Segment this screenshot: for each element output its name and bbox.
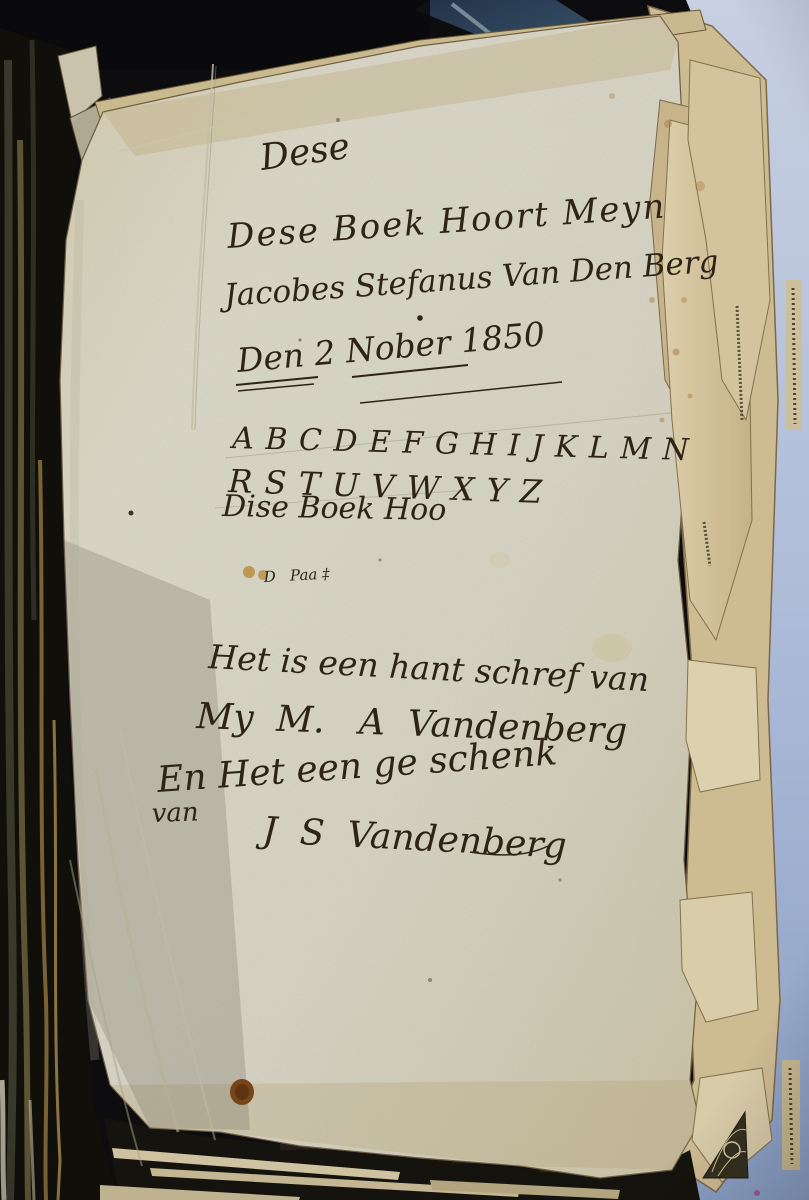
photo-canvas: Dese Dese Boek Hoort Meyn Jacobes Stefan… — [0, 0, 809, 1200]
photo-of-book-flyleaf: Dese Dese Boek Hoort Meyn Jacobes Stefan… — [0, 0, 809, 1200]
vignette — [0, 0, 809, 1200]
